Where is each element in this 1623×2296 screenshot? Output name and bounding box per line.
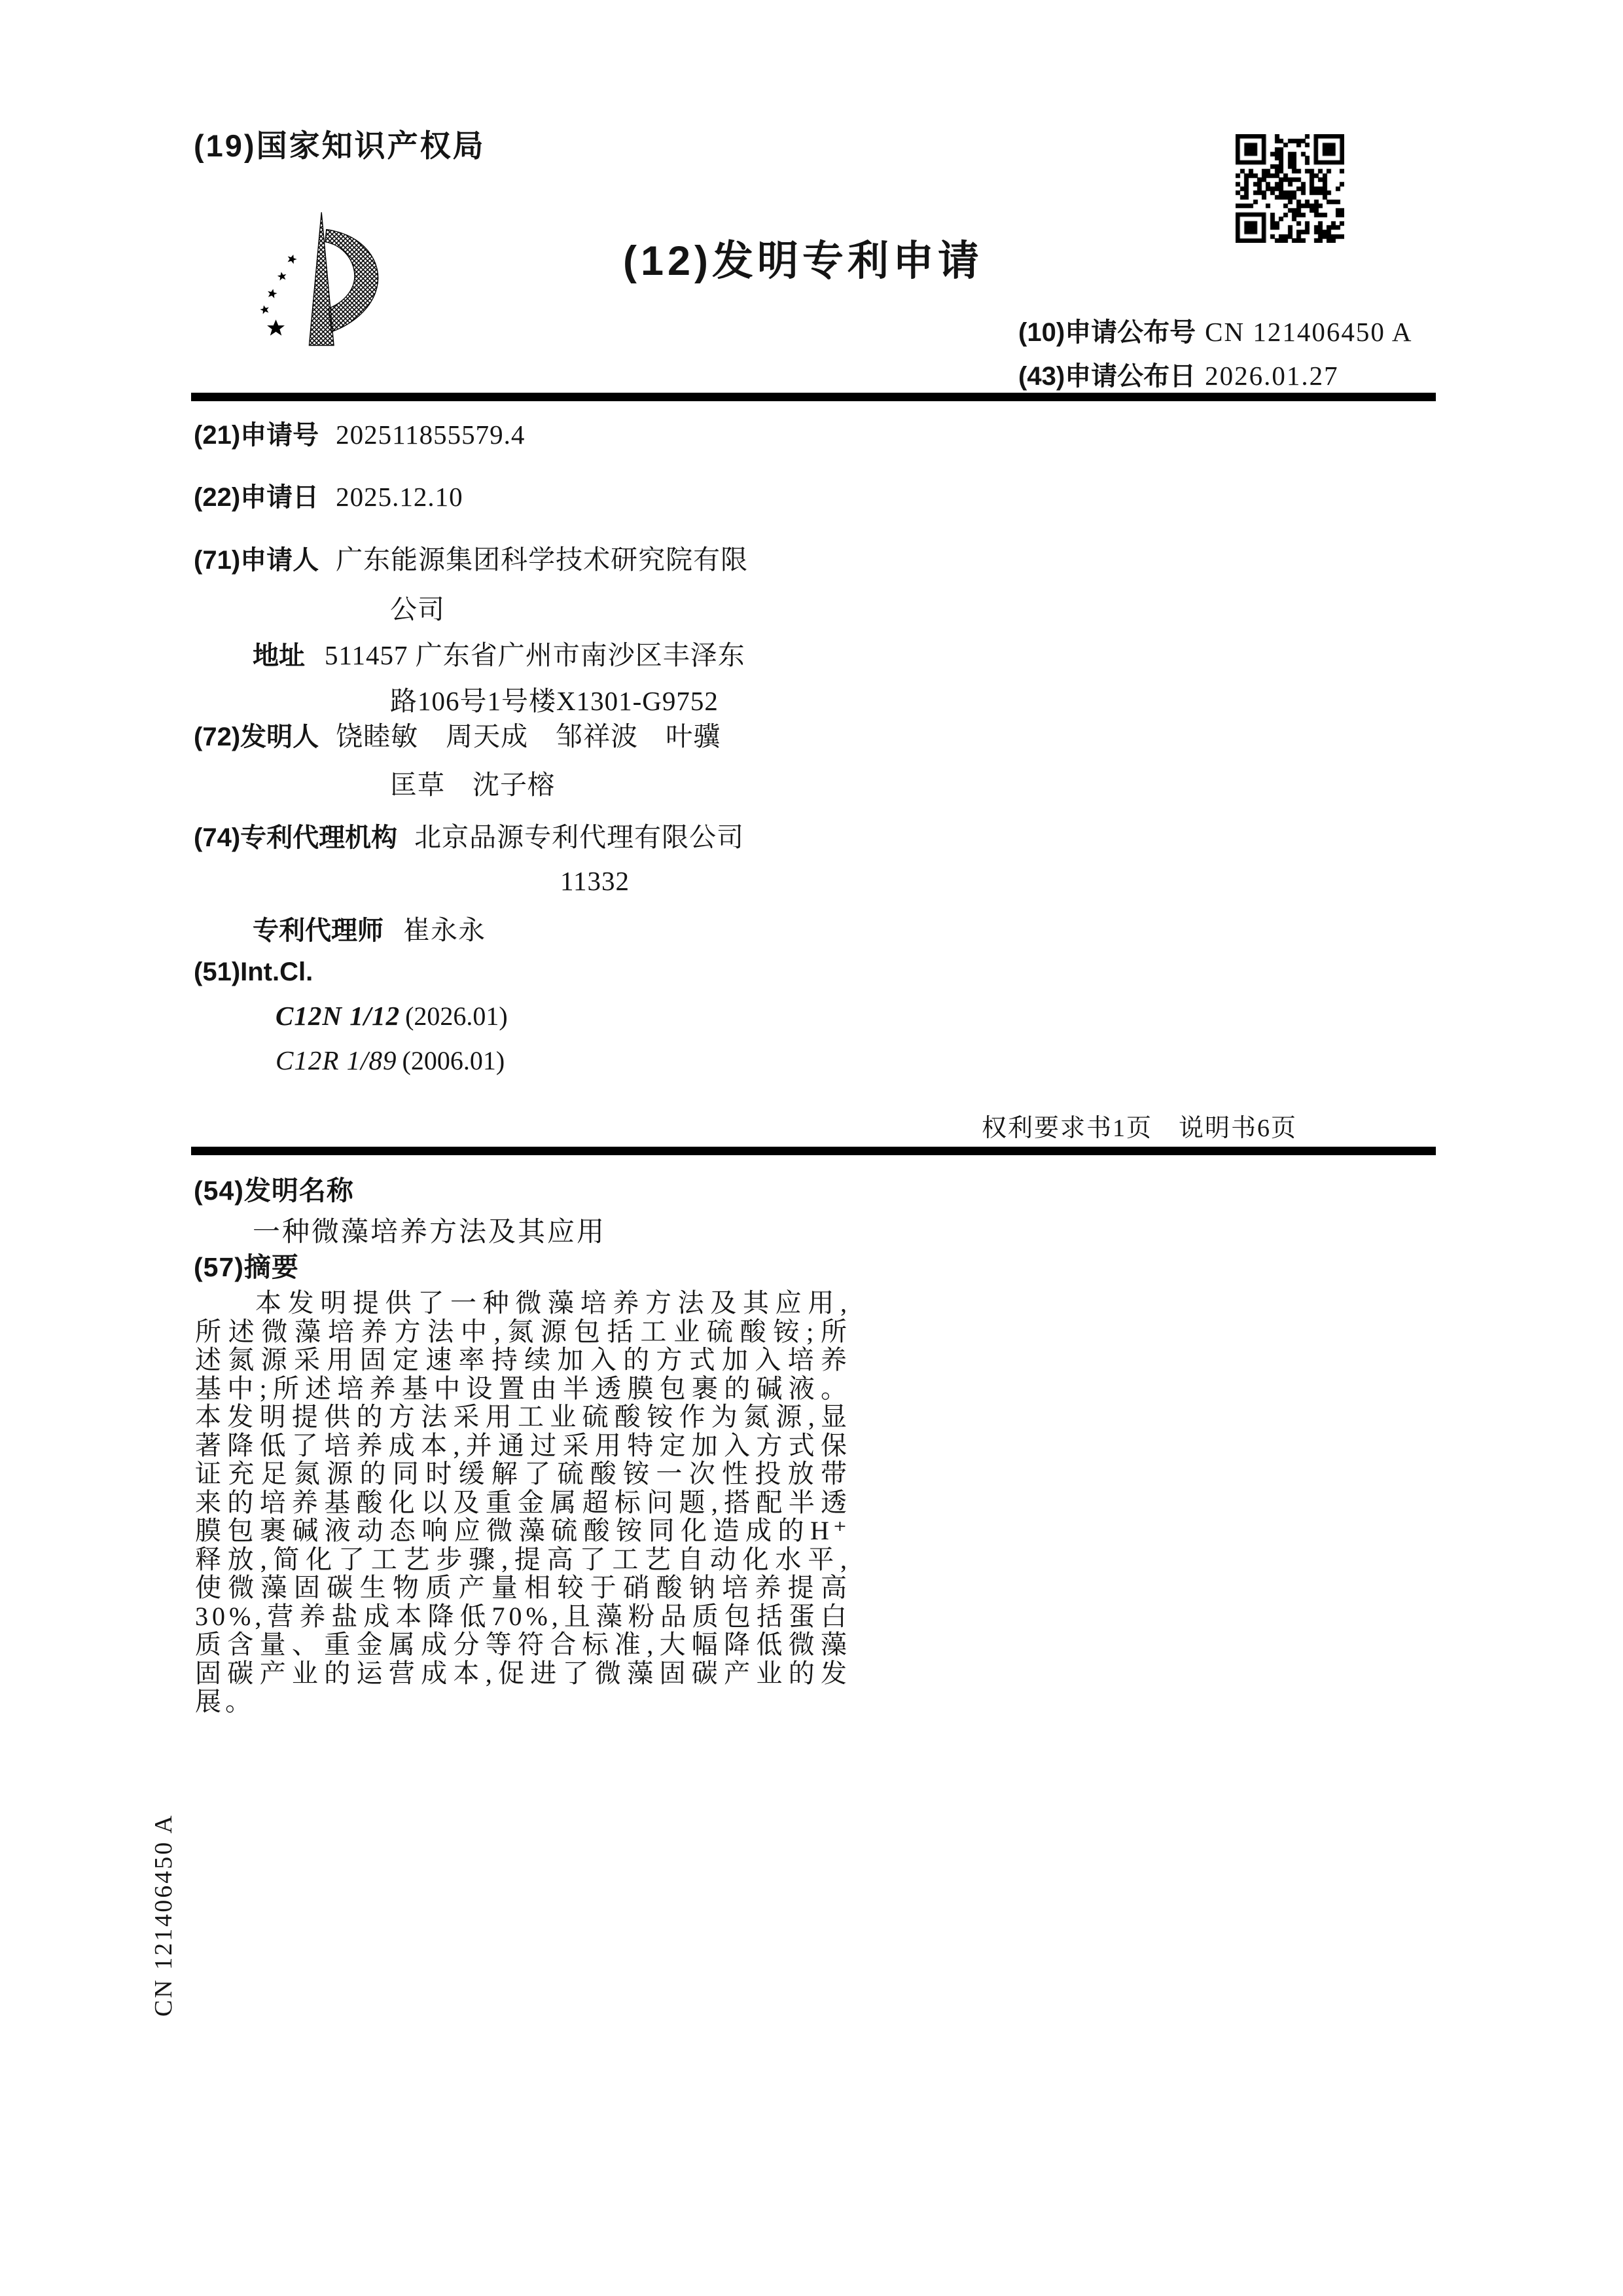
- applicant-row-cont: 公司: [194, 588, 445, 626]
- side-publication-code: CN 121406450 A: [149, 1784, 181, 2046]
- ipc-code: C12R 1/89: [276, 1045, 397, 1075]
- agent-label: 专利代理师: [253, 916, 383, 945]
- address-row-cont: 路106号1号楼X1301-G9752: [194, 679, 719, 718]
- agent-name: 崔永永: [403, 915, 486, 945]
- agency-name: 北京品源专利代理有限公司: [414, 822, 744, 852]
- applicant-row: (71)申请人广东能源集团科学技术研究院有限: [194, 538, 748, 577]
- abstract-text: 本发明提供了一种微藻培养方法及其应用, 所述微藻培养方法中,氮源包括工业硫酸铵;…: [195, 1289, 851, 1716]
- address-line1: 511457 广东省广州市南沙区丰泽东: [325, 640, 745, 670]
- header-rule: [191, 393, 1436, 401]
- intcl-row: (51)Int.Cl.: [194, 956, 330, 987]
- section-rule: [191, 1147, 1436, 1155]
- ipc-entry-row: C12R 1/89(2006.01): [194, 1045, 505, 1076]
- agency-label: (74)专利代理机构: [194, 823, 397, 852]
- ipc-version: (2026.01): [405, 1001, 508, 1031]
- invention-title-label: (54)发明名称: [194, 1169, 354, 1208]
- publication-number-row: (10)申请公布号CN 121406450 A: [1018, 312, 1412, 349]
- intcl-label: (51)Int.Cl.: [194, 958, 313, 986]
- qr-code: [1236, 134, 1344, 243]
- ipc-version: (2006.01): [402, 1046, 505, 1075]
- pages-note: 权利要求书1页 说明书6页: [982, 1107, 1297, 1143]
- application-date-value: 2025.12.10: [336, 482, 463, 512]
- abstract-line: 本发明提供了一种微藻培养方法及其应用,: [195, 1289, 851, 1318]
- inventors-row: (72)发明人饶睦敏 周天成 邹祥波 叶骥: [194, 715, 721, 753]
- abstract-line: 膜包裹碱液动态响应微藻硫酸铵同化造成的H⁺: [195, 1516, 851, 1545]
- abstract-line: 来的培养基酸化以及重金属超标问题,搭配半透: [195, 1488, 851, 1517]
- publication-date-value: 2026.01.27: [1205, 361, 1339, 391]
- abstract-line: 证充足氮源的同时缓解了硫酸铵一次性投放带: [195, 1460, 851, 1488]
- abstract-line: 质含量、重金属成分等符合标准,大幅降低微藻: [195, 1630, 851, 1659]
- publication-number-value: CN 121406450 A: [1205, 317, 1412, 347]
- applicant-label: (71)申请人: [194, 546, 319, 575]
- agent-row: 专利代理师崔永永: [194, 908, 486, 947]
- agency-code: 11332: [560, 866, 630, 896]
- inventors-label: (72)发明人: [194, 723, 319, 751]
- abstract-line: 本发明提供的方法采用工业硫酸铵作为氮源,显: [195, 1403, 851, 1431]
- application-number-row: (21)申请号202511855579.4: [194, 414, 525, 452]
- application-number-label: (21)申请号: [194, 421, 319, 450]
- abstract-line: 所述微藻培养方法中,氮源包括工业硫酸铵;所: [195, 1318, 851, 1346]
- document-type-title: (12)发明专利申请: [623, 228, 983, 287]
- cnipa-logo: [250, 209, 398, 348]
- application-number-value: 202511855579.4: [336, 420, 525, 450]
- ipc-code: C12N 1/12: [276, 1001, 400, 1031]
- inventors-row-cont: 匡草 沈子榕: [194, 763, 555, 802]
- agency-row: (74)专利代理机构北京品源专利代理有限公司: [194, 816, 744, 854]
- address-row: 地址511457 广东省广州市南沙区丰泽东: [194, 634, 745, 672]
- abstract-line: 使微藻固碳生物质产量相较于硝酸钠培养提高: [195, 1573, 851, 1602]
- invention-title: 一种微藻培养方法及其应用: [253, 1210, 606, 1249]
- logo-stars: [259, 253, 298, 336]
- application-date-label: (22)申请日: [194, 483, 319, 512]
- publication-date-row: (43)申请公布日2026.01.27: [1018, 355, 1339, 393]
- abstract-line: 著降低了培养成本,并通过采用特定加入方式保: [195, 1431, 851, 1460]
- office-name: (19)国家知识产权局: [194, 122, 486, 166]
- abstract-line: 展。: [195, 1687, 851, 1716]
- applicant-name-line1: 广东能源集团科学技术研究院有限: [336, 545, 748, 575]
- patent-front-page: (19)国家知识产权局 (12)发明专利申请 (10)申请公布号CN 12140…: [0, 0, 1623, 2296]
- application-date-row: (22)申请日2025.12.10: [194, 476, 463, 514]
- ipc-entry-row: C12N 1/12(2026.01): [194, 1000, 508, 1031]
- abstract-line: 述氮源采用固定速率持续加入的方式加入培养: [195, 1346, 851, 1374]
- inventors-line1: 饶睦敏 周天成 邹祥波 叶骥: [336, 721, 721, 751]
- address-line2: 路106号1号楼X1301-G9752: [390, 686, 719, 716]
- abstract-line: 30%,营养盐成本降低70%,且藻粉品质包括蛋白: [195, 1602, 851, 1631]
- address-label: 地址: [253, 641, 305, 670]
- abstract-line: 固碳产业的运营成本,促进了微藻固碳产业的发: [195, 1659, 851, 1688]
- abstract-label: (57)摘要: [194, 1246, 299, 1284]
- logo-bowl: [325, 230, 378, 332]
- abstract-line: 释放,简化了工艺步骤,提高了工艺自动化水平,: [195, 1545, 851, 1574]
- applicant-name-line2: 公司: [390, 594, 445, 624]
- publication-date-label: (43)申请公布日: [1018, 362, 1196, 391]
- publication-number-label: (10)申请公布号: [1018, 318, 1196, 347]
- inventors-line2: 匡草 沈子榕: [390, 770, 555, 800]
- abstract-line: 基中;所述培养基中设置由半透膜包裹的碱液。: [195, 1374, 851, 1403]
- agency-code-row: 11332: [194, 865, 630, 897]
